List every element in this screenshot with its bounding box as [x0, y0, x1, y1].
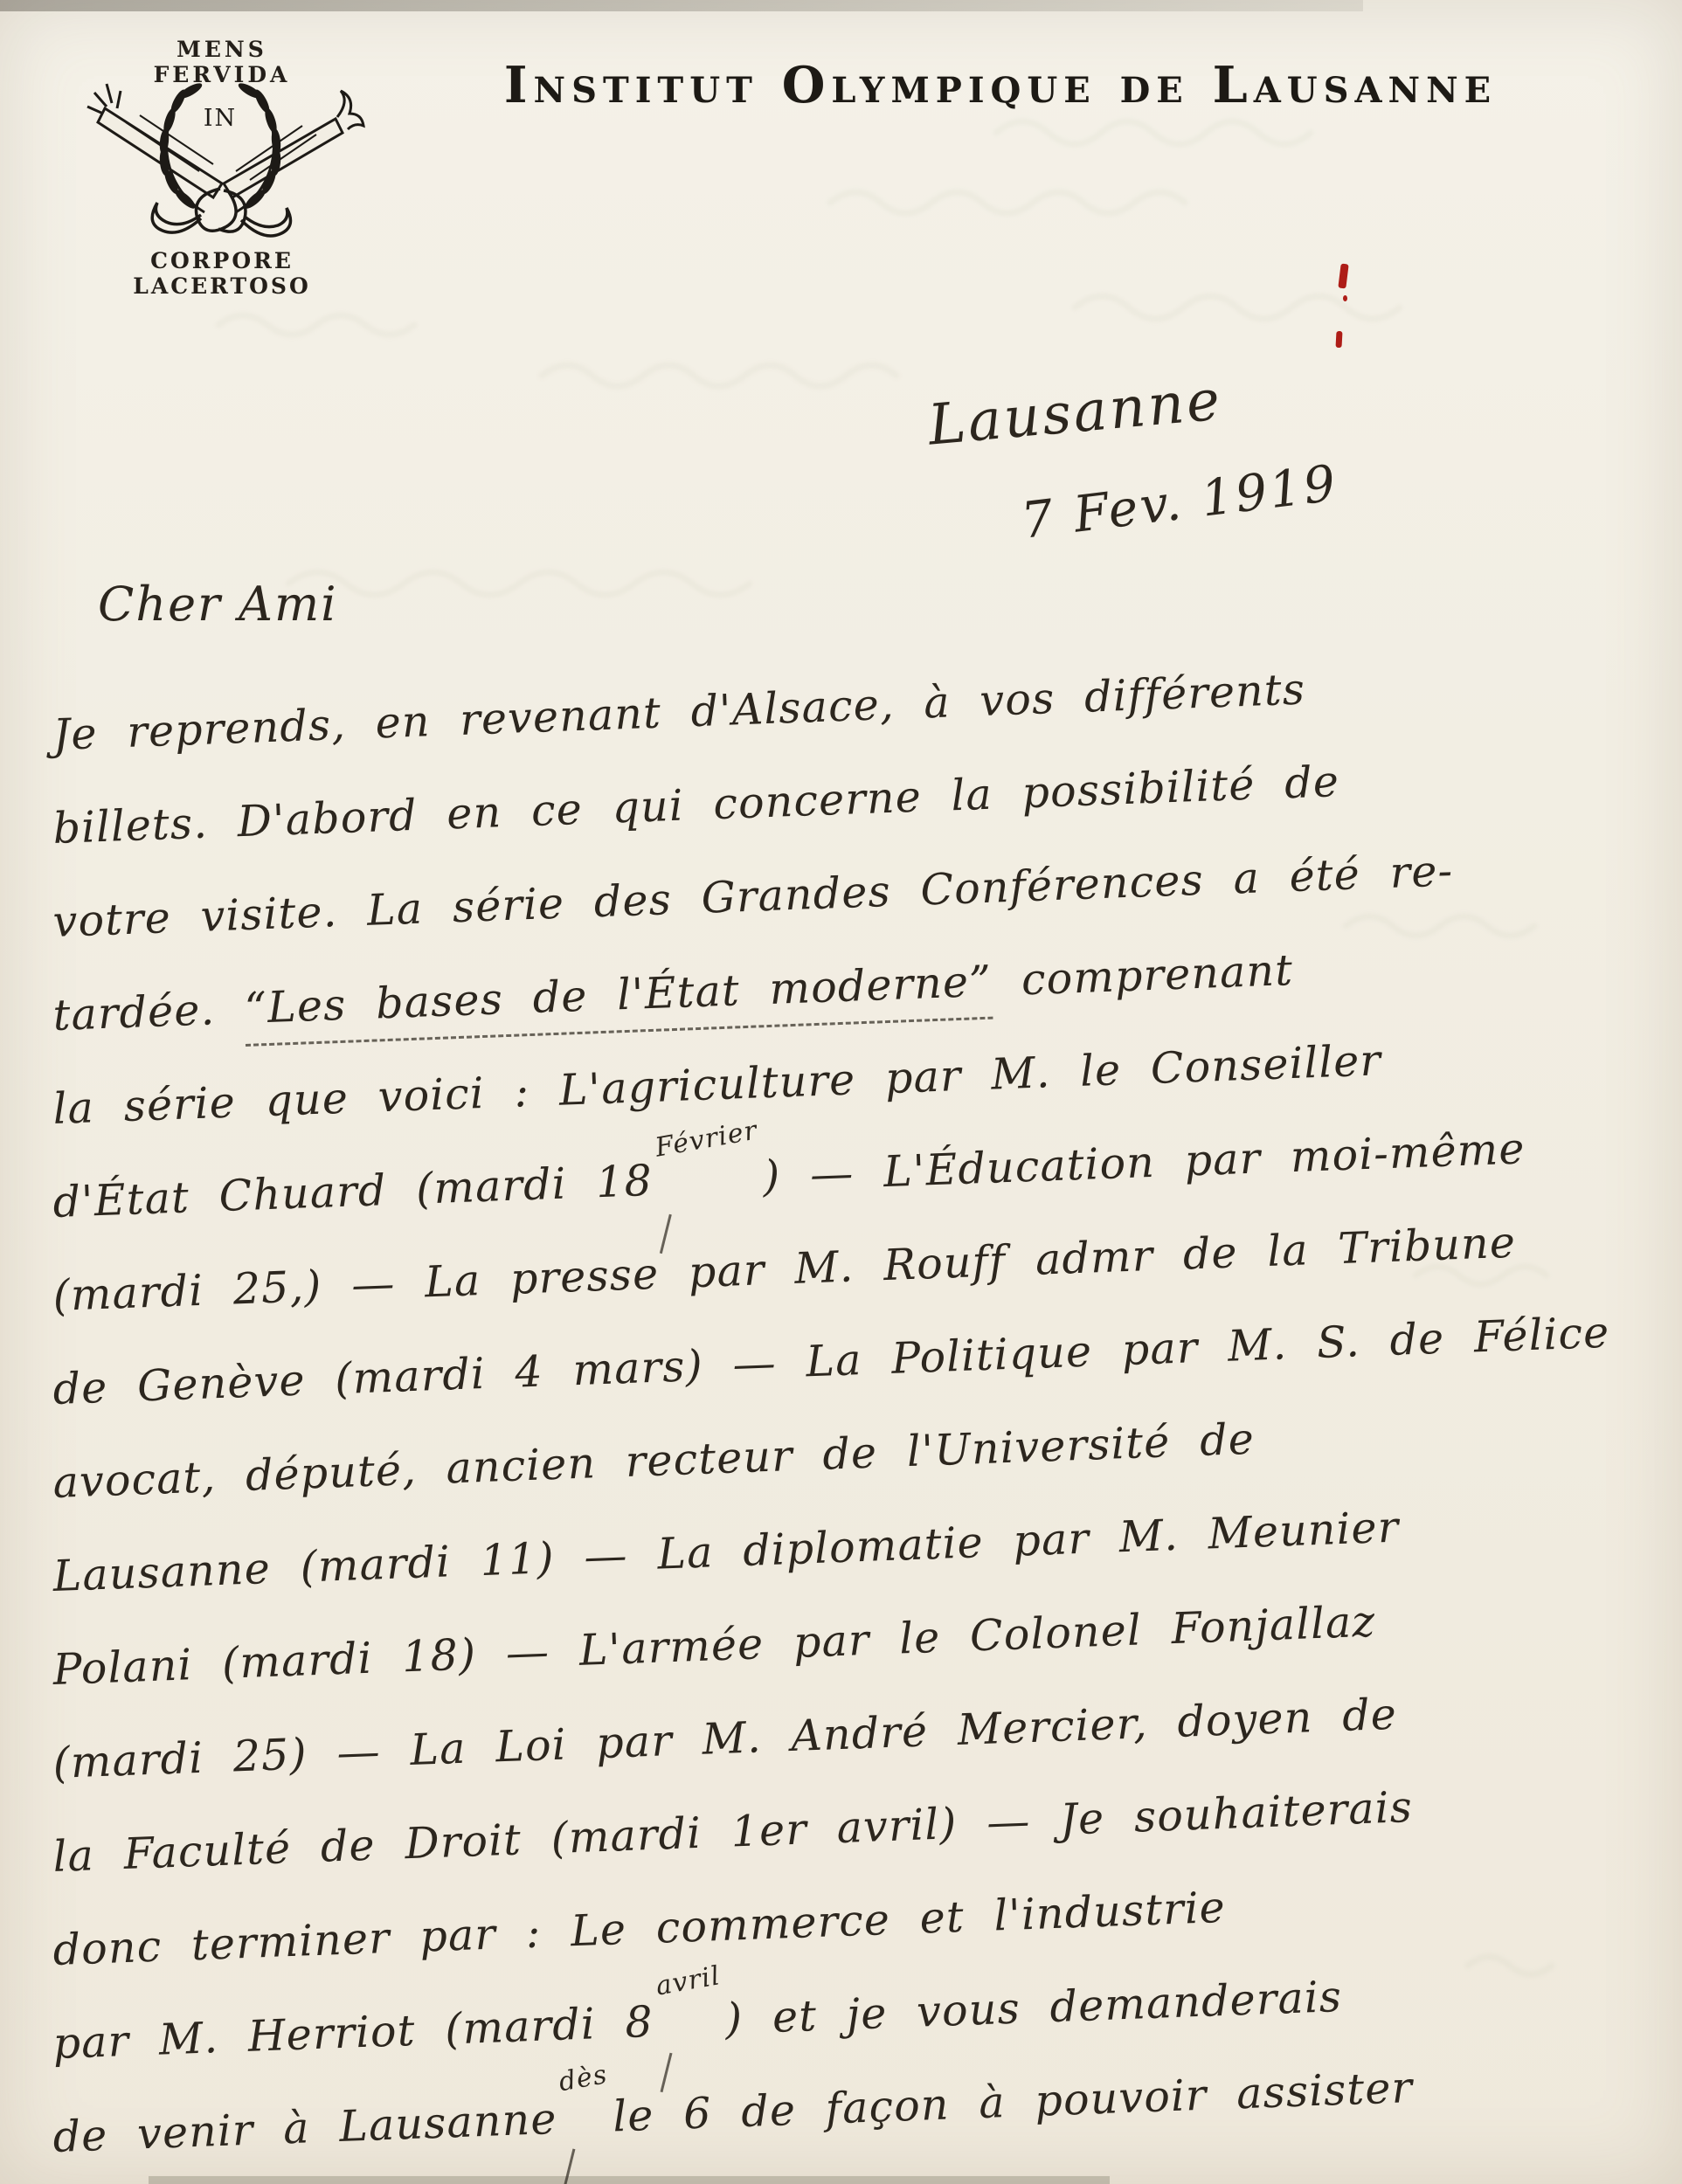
line-segment: de venir à Lausanne	[52, 2094, 558, 2162]
red-ink-mark	[1338, 264, 1348, 289]
motto-in: IN	[204, 105, 237, 132]
line-segment: comprenant	[991, 945, 1294, 1006]
letterhead-title: Institut Olympique de Lausanne	[489, 56, 1512, 114]
line-segment: le 6 de façon à pouvoir assister	[612, 2063, 1414, 2142]
dateline-place: Lausanne	[925, 368, 1224, 458]
ribbon-icon	[152, 189, 290, 236]
salutation: Cher Ami	[98, 577, 338, 632]
red-ink-dot	[1343, 295, 1347, 301]
letterhead-emblem: IN	[73, 68, 369, 252]
line-segment: tardée.	[52, 984, 246, 1040]
scan-edge-bottom	[149, 2176, 1110, 2184]
letter-body: Je reprends, en revenant d'Alsace, à vos…	[54, 674, 1665, 2170]
laurel-wreath-icon	[158, 80, 281, 212]
dateline-date: 7 Fev. 1919	[1018, 454, 1341, 550]
red-ink-mark	[1336, 331, 1343, 348]
scan-edge-top	[0, 0, 1363, 11]
torches-icon	[87, 84, 363, 197]
motto-corpore-lacertoso: CORPORE LACERTOSO	[86, 248, 358, 299]
letter-scan-page: MENS FERVIDA	[0, 0, 1682, 2184]
inserted-word: Février	[645, 1070, 768, 1209]
